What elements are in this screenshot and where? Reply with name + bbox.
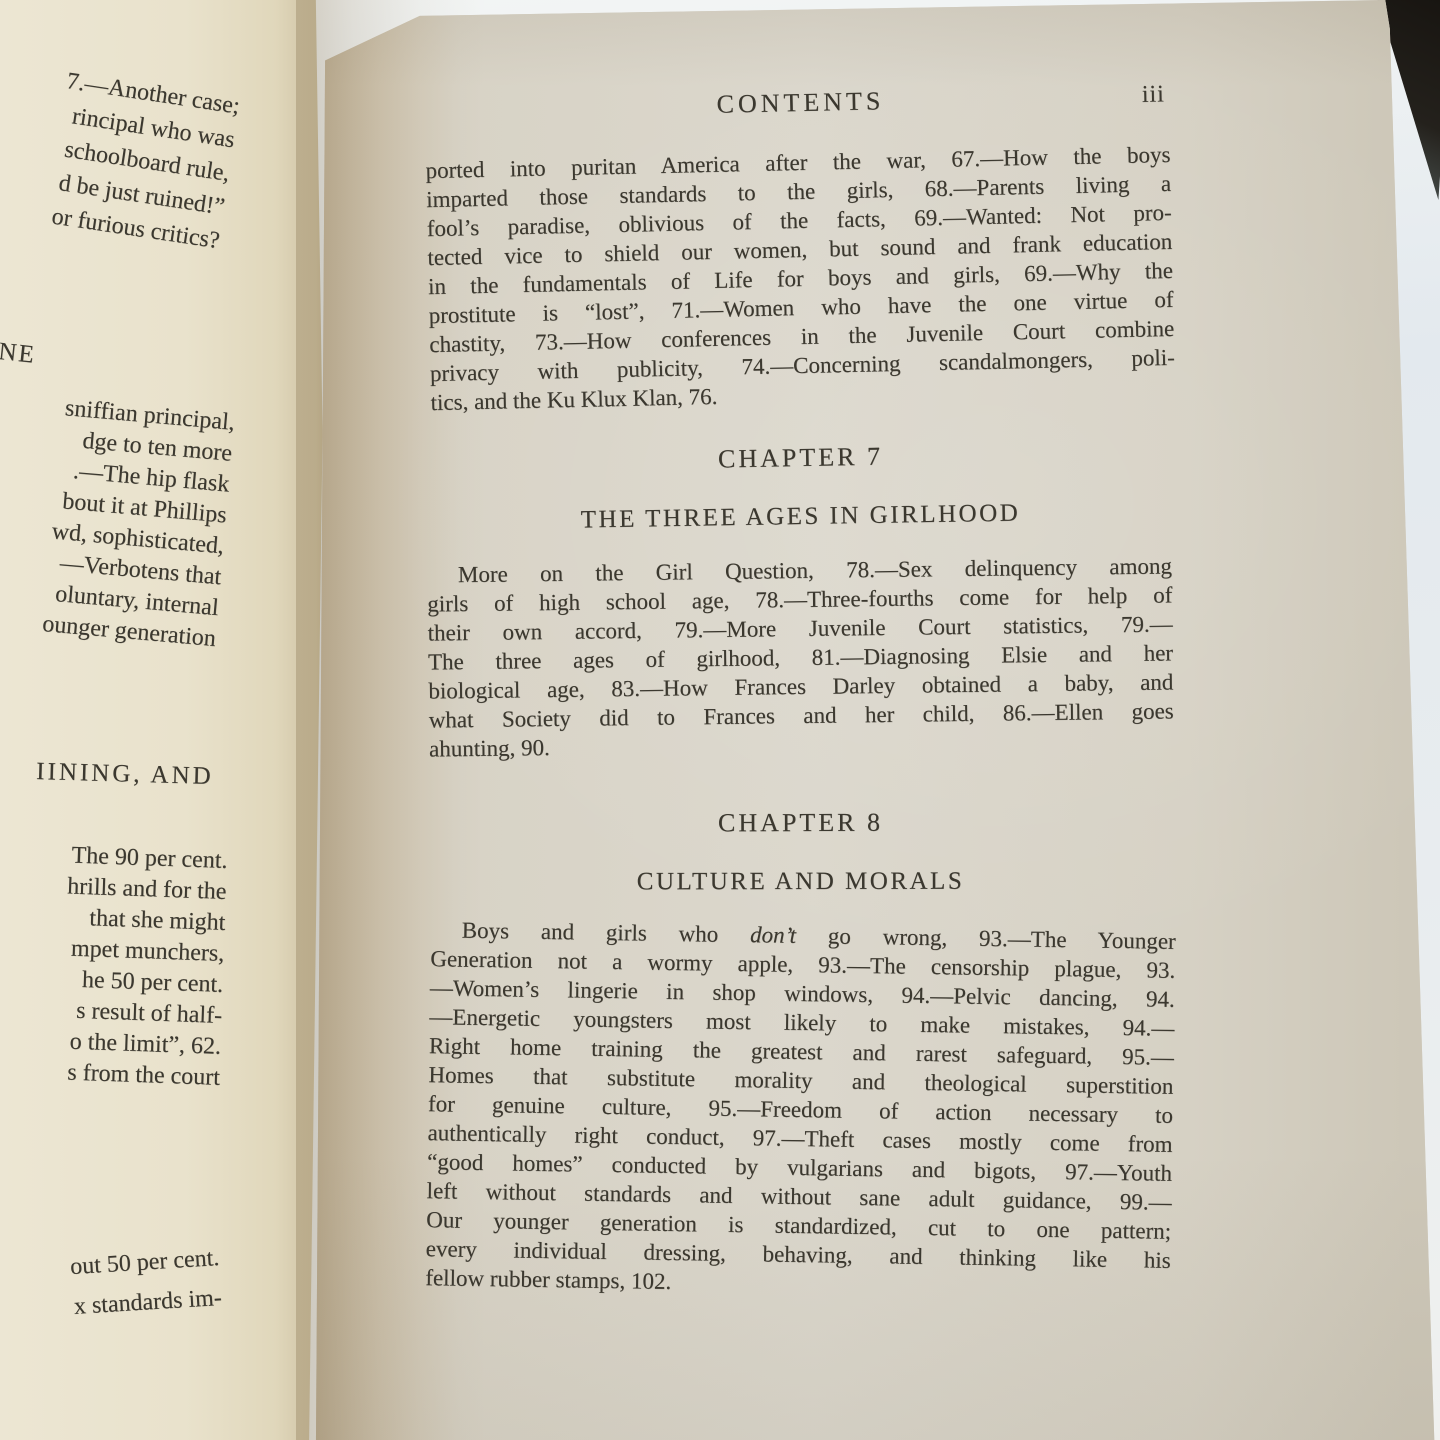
left-page-chapter-heading-fragment: NE	[0, 338, 60, 372]
page-number: iii	[1142, 81, 1166, 108]
chapter8-summary-rest: Generation not a wormy apple, 93.—The ce…	[425, 944, 1175, 1304]
left-page-fragment-block-lower: The 90 per cent.hrills and for thethat s…	[0, 838, 228, 1094]
left-page-fragment-block-bottom: out 50 per cent.x standards im-	[0, 1238, 222, 1331]
chapter8-title: CULTURE AND MORALS	[428, 867, 1173, 896]
chapter6-summary-continuation: ported into puritan America after the wa…	[425, 140, 1176, 417]
book-photo: 7.—Another case;rincipal who wasschoolbo…	[0, 0, 1440, 1440]
chapter8-summary: Boys and girls who don’t go wrong, 93.—T…	[425, 915, 1176, 1304]
left-page-chapter-heading-fragment-2: IINING, AND	[0, 757, 214, 791]
left-page-fragment-block-middle: sniffian principal,dge to ten more.—The …	[0, 387, 236, 655]
chapter8-line1-pre: Boys and girls who	[462, 918, 751, 948]
chapter8-heading: CHAPTER 8	[428, 807, 1173, 840]
chapter8-line1-italic-word: don’t	[750, 922, 796, 948]
chapter8-line1-post: go wrong, 93.—The Younger	[796, 923, 1176, 954]
chapter7-summary: More on the Girl Question, 78.—Sex delin…	[427, 551, 1174, 763]
left-page-fragment-block-top: 7.—Another case;rincipal who wasschoolbo…	[0, 54, 242, 258]
